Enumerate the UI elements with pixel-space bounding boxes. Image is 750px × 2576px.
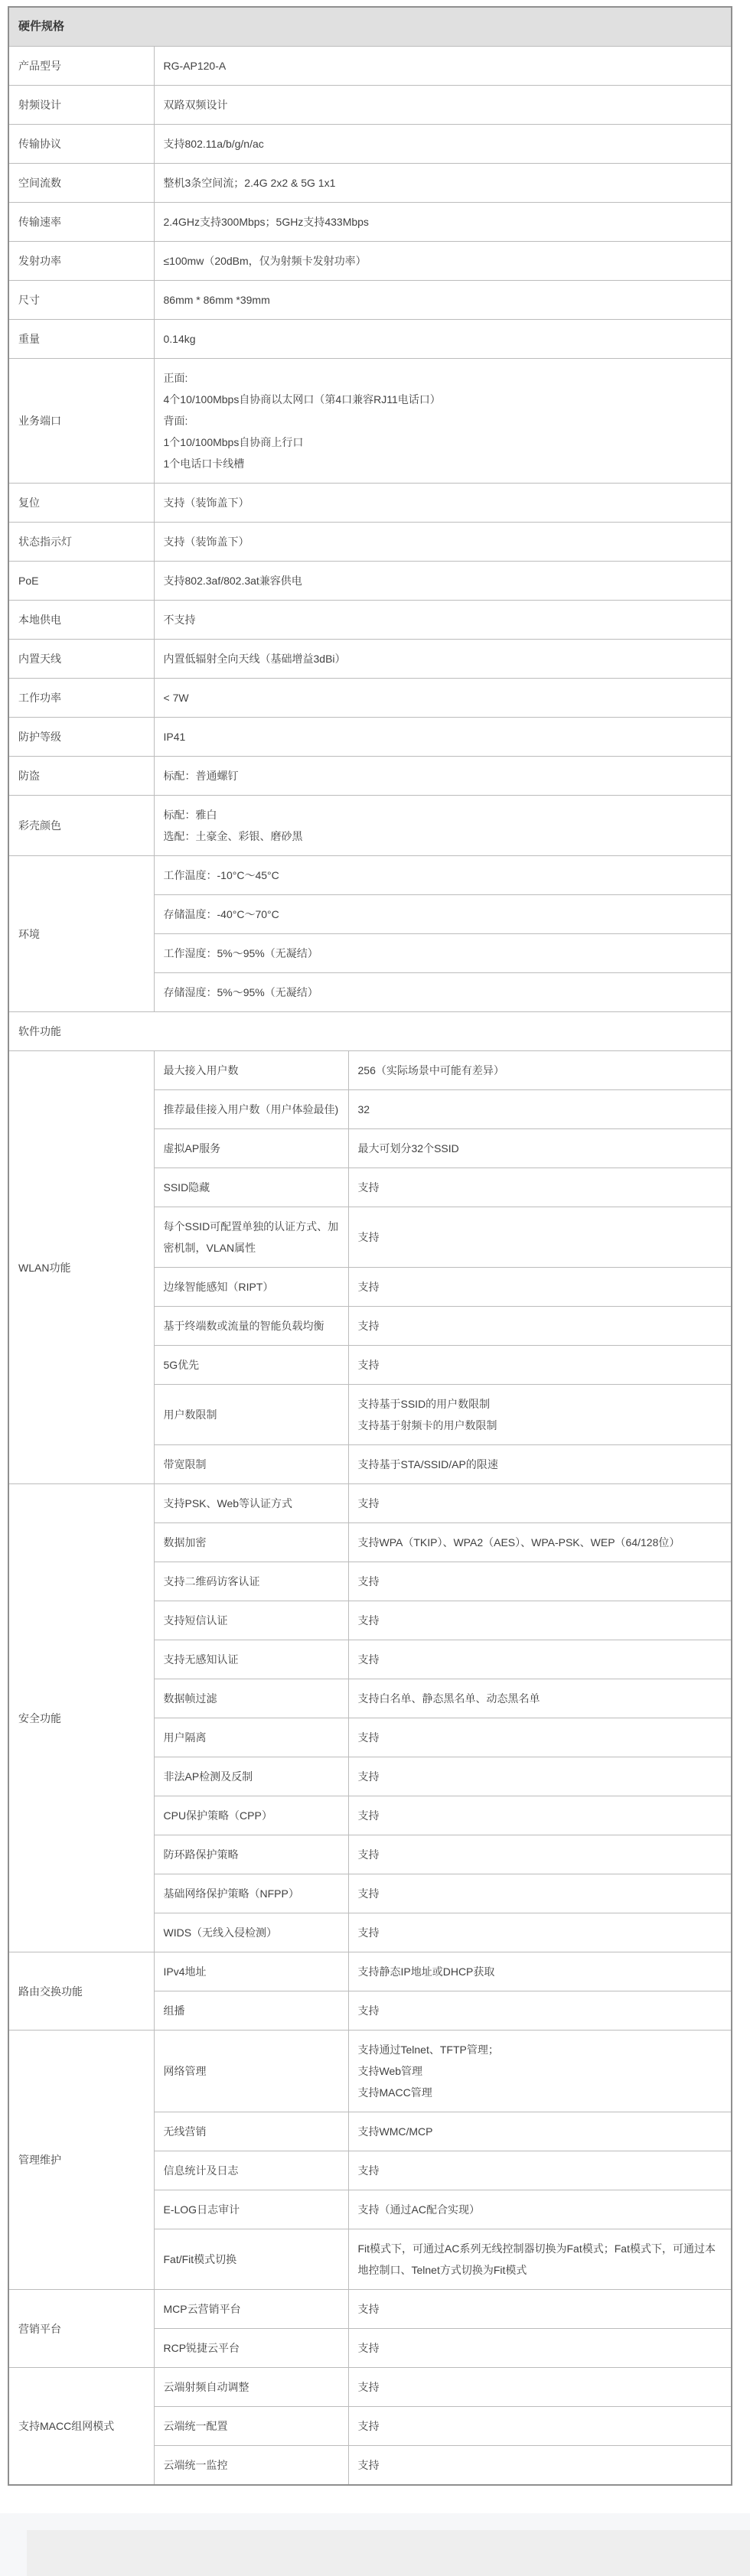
value-cell: 支持 [348, 2368, 732, 2407]
row-value-cell: 2.4GHz支持300Mbps；5GHz支持433Mbps [154, 203, 732, 242]
row-value-cell: RG-AP120-A [154, 47, 732, 86]
feature-cell: 防环路保护策略 [154, 1835, 348, 1874]
cell-line: 1个电话口卡线槽 [164, 453, 722, 474]
value-cell: 支持 [348, 1991, 732, 2031]
feature-cell: 带宽限制 [154, 1445, 348, 1484]
row-value-cell: 工作湿度：5%～95%（无凝结） [154, 934, 732, 973]
page-footer [0, 2513, 750, 2576]
row-label-cell: 重量 [8, 320, 154, 359]
cell-line: 最大可划分32个SSID [358, 1138, 722, 1159]
spec-row: 传输速率2.4GHz支持300Mbps；5GHz支持433Mbps [8, 203, 732, 242]
row-value-cell: 正面:4个10/100Mbps自协商以太网口（第4口兼容RJ11电话口）背面:1… [154, 359, 732, 484]
value-cell: 支持 [348, 1601, 732, 1640]
row-label-cell: 防护等级 [8, 718, 154, 757]
cell-line: 支持静态IP地址或DHCP获取 [358, 1961, 722, 1982]
cell-line: 支持Web管理 [358, 2060, 722, 2082]
cell-line: 正面: [164, 367, 722, 389]
row-label-cell: 状态指示灯 [8, 523, 154, 562]
value-cell: 支持 [348, 1307, 732, 1346]
row-label-cell: 传输协议 [8, 125, 154, 164]
cell-line: 支持 [358, 2298, 722, 2320]
cell-line: 支持通过Telnet、TFTP管理； [358, 2039, 722, 2060]
value-cell: 支持 [348, 1718, 732, 1757]
spec-row: 发射功率≤100mw（20dBm，仅为射频卡发射功率） [8, 242, 732, 281]
value-cell: 256（实际场景中可能有差异） [348, 1051, 732, 1090]
spec-row: 射频设计双路双频设计 [8, 86, 732, 125]
row-label-cell: 彩壳颜色 [8, 796, 154, 856]
spec-row: 路由交换功能IPv4地址支持静态IP地址或DHCP获取 [8, 1952, 732, 1991]
cell-line: 支持 [358, 1354, 722, 1376]
value-cell: 支持 [348, 1796, 732, 1835]
value-cell: 支持 [348, 2329, 732, 2368]
value-cell: 支持WMC/MCP [348, 2112, 732, 2151]
feature-cell: 云端统一配置 [154, 2407, 348, 2446]
cell-line: 支持（通过AC配合实现） [358, 2199, 722, 2220]
cell-line: 标配：普通螺钉 [164, 765, 722, 786]
feature-cell: IPv4地址 [154, 1952, 348, 1991]
spec-row: 彩壳颜色标配：雅白选配：土豪金、彩银、磨砂黑 [8, 796, 732, 856]
value-cell: 支持 [348, 1484, 732, 1523]
feature-cell: 基于终端数或流量的智能负载均衡 [154, 1307, 348, 1346]
cell-line: 支持 [358, 1922, 722, 1943]
value-cell: 支持 [348, 1835, 732, 1874]
cell-line: 支持基于SSID的用户数限制 [358, 1393, 722, 1415]
row-label-cell: 工作功率 [8, 679, 154, 718]
cell-line: ≤100mw（20dBm，仅为射频卡发射功率） [164, 250, 722, 272]
feature-cell: 推荐最佳接入用户数（用户体验最佳) [154, 1090, 348, 1129]
spec-row: 状态指示灯支持（装饰盖下） [8, 523, 732, 562]
spec-row: 管理维护网络管理支持通过Telnet、TFTP管理；支持Web管理支持MACC管… [8, 2031, 732, 2112]
cell-line: Fit模式下，可通过AC系列无线控制器切换为Fat模式；Fat模式下，可通过本地… [358, 2238, 722, 2281]
value-cell: 32 [348, 1090, 732, 1129]
cell-line: 支持 [358, 1493, 722, 1514]
hardware-spec-table: 硬件规格产品型号RG-AP120-A射频设计双路双频设计传输协议支持802.11… [8, 6, 732, 2486]
category-cell: 安全功能 [8, 1484, 154, 1952]
feature-cell: 云端统一监控 [154, 2446, 348, 2486]
spec-row: 重量0.14kg [8, 320, 732, 359]
hardware-section-title: 硬件规格 [8, 7, 732, 47]
row-value-cell: 支持（装饰盖下） [154, 523, 732, 562]
cell-line: 支持MACC管理 [358, 2082, 722, 2103]
feature-cell: WIDS（无线入侵检测） [154, 1913, 348, 1952]
spec-row: PoE支持802.3af/802.3at兼容供电 [8, 562, 732, 601]
software-section-title: 软件功能 [8, 1012, 732, 1051]
value-cell: 支持WPA（TKIP）、WPA2（AES）、WPA-PSK、WEP（64/128… [348, 1523, 732, 1562]
cell-line: 支持基于STA/SSID/AP的限速 [358, 1454, 722, 1475]
row-label-cell: 射频设计 [8, 86, 154, 125]
row-value-cell: 工作温度：-10°C～45°C [154, 856, 732, 895]
cell-line: 不支持 [164, 609, 722, 630]
feature-cell: 最大接入用户数 [154, 1051, 348, 1090]
spec-row: 防护等级IP41 [8, 718, 732, 757]
spec-row: 支持MACC组网模式云端射频自动调整支持 [8, 2368, 732, 2407]
footer-content-block [27, 2530, 750, 2576]
row-value-cell: 内置低辐射全向天线（基础增益3dBi） [154, 640, 732, 679]
cell-line: 支持802.3af/802.3at兼容供电 [164, 570, 722, 591]
row-label-cell: 传输速率 [8, 203, 154, 242]
cell-line: 支持 [358, 1649, 722, 1670]
spec-row: 安全功能支持PSK、Web等认证方式支持 [8, 1484, 732, 1523]
feature-cell: 支持二维码访客认证 [154, 1562, 348, 1601]
spec-row: WLAN功能最大接入用户数256（实际场景中可能有差异） [8, 1051, 732, 1090]
row-value-cell: 整机3条空间流；2.4G 2x2 & 5G 1x1 [154, 164, 732, 203]
row-value-cell: 存储湿度：5%～95%（无凝结） [154, 973, 732, 1012]
row-value-cell: 双路双频设计 [154, 86, 732, 125]
row-value-cell: 标配：普通螺钉 [154, 757, 732, 796]
cell-line: 支持 [358, 1571, 722, 1592]
spec-row: 本地供电不支持 [8, 601, 732, 640]
feature-cell: 支持短信认证 [154, 1601, 348, 1640]
value-cell: 支持 [348, 1207, 732, 1268]
row-value-cell: 不支持 [154, 601, 732, 640]
feature-cell: 用户数限制 [154, 1385, 348, 1445]
feature-cell: 数据加密 [154, 1523, 348, 1562]
spec-row: 复位支持（装饰盖下） [8, 484, 732, 523]
hardware-section-title-row: 硬件规格 [8, 7, 732, 47]
value-cell: 支持 [348, 1874, 732, 1913]
cell-line: 工作湿度：5%～95%（无凝结） [164, 943, 722, 964]
row-value-cell: IP41 [154, 718, 732, 757]
row-value-cell: 86mm * 86mm *39mm [154, 281, 732, 320]
feature-cell: 数据帧过滤 [154, 1679, 348, 1718]
row-label-cell: 本地供电 [8, 601, 154, 640]
spec-row: 尺寸86mm * 86mm *39mm [8, 281, 732, 320]
cell-line: 支持 [358, 2376, 722, 2398]
spec-row: 内置天线内置低辐射全向天线（基础增益3dBi） [8, 640, 732, 679]
spec-row: 产品型号RG-AP120-A [8, 47, 732, 86]
cell-line: 4个10/100Mbps自协商以太网口（第4口兼容RJ11电话口） [164, 389, 722, 410]
spec-row: 业务端口正面:4个10/100Mbps自协商以太网口（第4口兼容RJ11电话口）… [8, 359, 732, 484]
cell-line: 支持WPA（TKIP）、WPA2（AES）、WPA-PSK、WEP（64/128… [358, 1532, 722, 1553]
cell-line: 存储湿度：5%～95%（无凝结） [164, 982, 722, 1003]
feature-cell: 非法AP检测及反制 [154, 1757, 348, 1796]
feature-cell: 支持PSK、Web等认证方式 [154, 1484, 348, 1523]
cell-line: 工作温度：-10°C～45°C [164, 865, 722, 886]
row-value-cell: 标配：雅白选配：土豪金、彩银、磨砂黑 [154, 796, 732, 856]
row-value-cell: 存储温度：-40°C～70°C [154, 895, 732, 934]
cell-line: 1个10/100Mbps自协商上行口 [164, 432, 722, 453]
value-cell: 支持通过Telnet、TFTP管理；支持Web管理支持MACC管理 [348, 2031, 732, 2112]
value-cell: 支持 [348, 2446, 732, 2486]
cell-line: 支持 [358, 2000, 722, 2021]
cell-line: 支持 [358, 1844, 722, 1865]
cell-line: 支持 [358, 2160, 722, 2181]
category-cell: 管理维护 [8, 2031, 154, 2290]
row-label-cell: 内置天线 [8, 640, 154, 679]
feature-cell: 虚拟AP服务 [154, 1129, 348, 1168]
software-section-title-row: 软件功能 [8, 1012, 732, 1051]
spec-table-body: 硬件规格产品型号RG-AP120-A射频设计双路双频设计传输协议支持802.11… [8, 7, 732, 2485]
row-label-cell: 业务端口 [8, 359, 154, 484]
spec-row: 传输协议支持802.11a/b/g/n/ac [8, 125, 732, 164]
row-label-cell: 空间流数 [8, 164, 154, 203]
feature-cell: SSID隐藏 [154, 1168, 348, 1207]
cell-line: 支持 [358, 2454, 722, 2476]
row-value-cell: 0.14kg [154, 320, 732, 359]
cell-line: 支持（装饰盖下） [164, 492, 722, 513]
cell-line: 支持 [358, 1805, 722, 1826]
cell-line: 256（实际场景中可能有差异） [358, 1060, 722, 1081]
row-label-cell: 防盗 [8, 757, 154, 796]
cell-line: 存储温度：-40°C～70°C [164, 904, 722, 925]
cell-line: 32 [358, 1099, 722, 1120]
cell-line: RG-AP120-A [164, 55, 722, 77]
cell-line: 支持 [358, 1883, 722, 1904]
row-label-cell: 产品型号 [8, 47, 154, 86]
cell-line: 选配：土豪金、彩银、磨砂黑 [164, 826, 722, 847]
value-cell: Fit模式下，可通过AC系列无线控制器切换为Fat模式；Fat模式下，可通过本地… [348, 2229, 732, 2290]
category-cell: 支持MACC组网模式 [8, 2368, 154, 2486]
cell-line: 支持白名单、静态黑名单、动态黑名单 [358, 1688, 722, 1709]
feature-cell: 信息统计及日志 [154, 2151, 348, 2190]
cell-line: 支持 [358, 1766, 722, 1787]
value-cell: 支持 [348, 2407, 732, 2446]
cell-line: 背面: [164, 410, 722, 432]
spec-row: 环境工作温度：-10°C～45°C [8, 856, 732, 895]
feature-cell: 用户隔离 [154, 1718, 348, 1757]
feature-cell: 网络管理 [154, 2031, 348, 2112]
value-cell: 支持 [348, 1346, 732, 1385]
cell-line: 支持 [358, 1226, 722, 1248]
cell-line: 支持基于射频卡的用户数限制 [358, 1415, 722, 1436]
cell-line: 支持 [358, 2415, 722, 2437]
feature-cell: 每个SSID可配置单独的认证方式、加密机制，VLAN属性 [154, 1207, 348, 1268]
cell-line: 支持 [358, 1727, 722, 1748]
row-value-cell: 支持802.3af/802.3at兼容供电 [154, 562, 732, 601]
cell-line: 支持 [358, 2337, 722, 2359]
spec-row: 工作功率< 7W [8, 679, 732, 718]
value-cell: 支持 [348, 1562, 732, 1601]
cell-line: 支持（装饰盖下） [164, 531, 722, 552]
feature-cell: Fat/Fit模式切换 [154, 2229, 348, 2290]
row-label-cell: 复位 [8, 484, 154, 523]
cell-line: 支持WMC/MCP [358, 2121, 722, 2142]
cell-line: 0.14kg [164, 328, 722, 350]
feature-cell: 组播 [154, 1991, 348, 2031]
value-cell: 支持 [348, 1268, 732, 1307]
row-label-cell: PoE [8, 562, 154, 601]
feature-cell: 基础网络保护策略（NFPP） [154, 1874, 348, 1913]
value-cell: 支持 [348, 1913, 732, 1952]
cell-line: 86mm * 86mm *39mm [164, 289, 722, 311]
row-label-cell: 尺寸 [8, 281, 154, 320]
cell-line: 双路双频设计 [164, 94, 722, 116]
feature-cell: E-LOG日志审计 [154, 2190, 348, 2229]
row-label-cell: 环境 [8, 856, 154, 1012]
cell-line: 支持 [358, 1276, 722, 1298]
cell-line: < 7W [164, 687, 722, 708]
feature-cell: 支持无感知认证 [154, 1640, 348, 1679]
feature-cell: 无线营销 [154, 2112, 348, 2151]
cell-line: 支持 [358, 1610, 722, 1631]
cell-line: 支持 [358, 1177, 722, 1198]
row-value-cell: < 7W [154, 679, 732, 718]
value-cell: 支持基于SSID的用户数限制支持基于射频卡的用户数限制 [348, 1385, 732, 1445]
spec-row: 防盗标配：普通螺钉 [8, 757, 732, 796]
cell-line: 标配：雅白 [164, 804, 722, 826]
value-cell: 支持 [348, 2290, 732, 2329]
value-cell: 支持（通过AC配合实现） [348, 2190, 732, 2229]
cell-line: 支持802.11a/b/g/n/ac [164, 133, 722, 155]
row-value-cell: 支持（装饰盖下） [154, 484, 732, 523]
feature-cell: MCP云营销平台 [154, 2290, 348, 2329]
feature-cell: RCP锐捷云平台 [154, 2329, 348, 2368]
row-label-cell: 发射功率 [8, 242, 154, 281]
value-cell: 支持静态IP地址或DHCP获取 [348, 1952, 732, 1991]
feature-cell: 边缘智能感知（RIPT） [154, 1268, 348, 1307]
spec-row: 营销平台MCP云营销平台支持 [8, 2290, 732, 2329]
value-cell: 支持 [348, 1757, 732, 1796]
feature-cell: 云端射频自动调整 [154, 2368, 348, 2407]
cell-line: 2.4GHz支持300Mbps；5GHz支持433Mbps [164, 211, 722, 233]
cell-line: 支持 [358, 1315, 722, 1337]
cell-line: 整机3条空间流；2.4G 2x2 & 5G 1x1 [164, 172, 722, 194]
row-value-cell: ≤100mw（20dBm，仅为射频卡发射功率） [154, 242, 732, 281]
row-value-cell: 支持802.11a/b/g/n/ac [154, 125, 732, 164]
category-cell: 营销平台 [8, 2290, 154, 2368]
category-cell: WLAN功能 [8, 1051, 154, 1484]
feature-cell: 5G优先 [154, 1346, 348, 1385]
value-cell: 支持白名单、静态黑名单、动态黑名单 [348, 1679, 732, 1718]
value-cell: 支持 [348, 1168, 732, 1207]
value-cell: 支持 [348, 2151, 732, 2190]
value-cell: 支持基于STA/SSID/AP的限速 [348, 1445, 732, 1484]
spec-row: 空间流数整机3条空间流；2.4G 2x2 & 5G 1x1 [8, 164, 732, 203]
value-cell: 最大可划分32个SSID [348, 1129, 732, 1168]
category-cell: 路由交换功能 [8, 1952, 154, 2031]
feature-cell: CPU保护策略（CPP） [154, 1796, 348, 1835]
value-cell: 支持 [348, 1640, 732, 1679]
cell-line: IP41 [164, 726, 722, 747]
cell-line: 内置低辐射全向天线（基础增益3dBi） [164, 648, 722, 669]
